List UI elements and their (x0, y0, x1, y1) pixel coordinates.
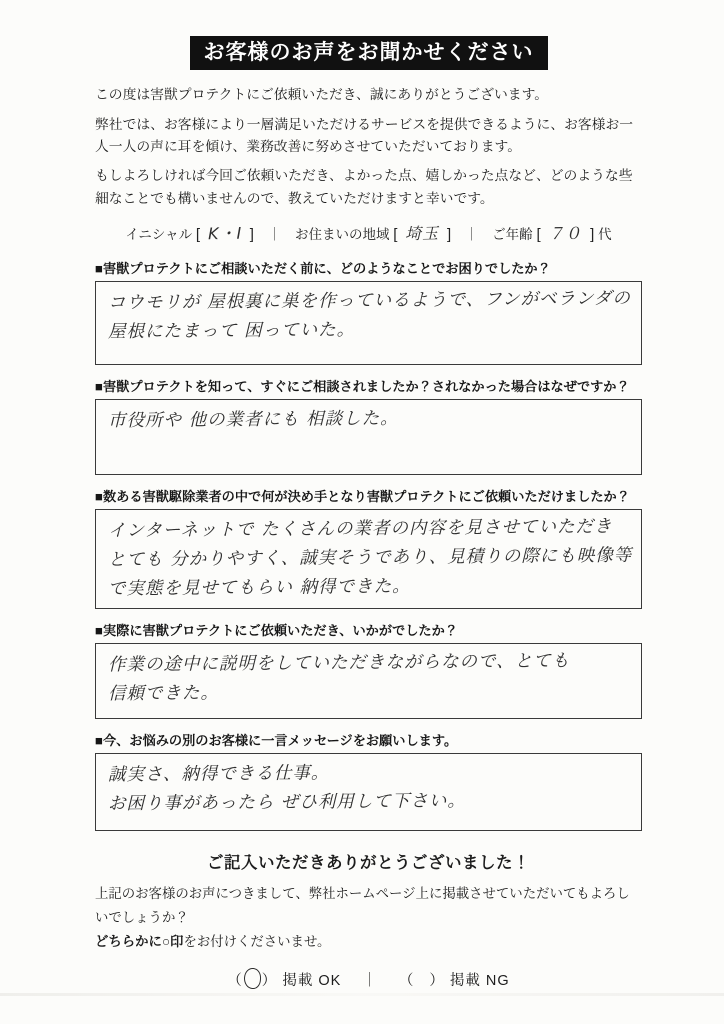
publish-divider: ｜ (362, 973, 378, 989)
answer-line: 信頼できた。 (108, 676, 631, 710)
permission-line-1: 上記のお客様のお声につきまして、弊社ホームページ上に掲載させていただいてもよろし… (95, 886, 630, 925)
bracket-close-3: ] (590, 226, 594, 243)
answer-line: で実態を見せてもらい 納得できた。 (108, 571, 631, 605)
permission-text: 上記のお客様のお声につきまして、弊社ホームページ上に掲載させていただいてもよろし… (95, 882, 642, 954)
ng-empty-mark (414, 970, 429, 989)
question-3-answer-box: インターネットで たくさんの業者の内容を見させていただき とても 分かりやすく、… (95, 509, 642, 609)
profile-divider-1: ｜ (268, 227, 282, 242)
thanks-message: ご記入いただきありがとうございました！ (95, 849, 642, 873)
profile-line: イニシャル [ K・I ] ｜ お住まいの地域 [ 埼玉 ] ｜ ご年齢 [ ７… (95, 221, 642, 244)
page-title: お客様のお声をお聞かせください (190, 36, 548, 70)
answer-line: 作業の途中に説明をしていただきながらなので、とても (108, 647, 631, 681)
intro-paragraph-3: もしよろしければ今回ご依頼いただき、よかった点、嬉しかった点など、どのような些細… (95, 165, 642, 210)
scan-artifact (0, 993, 724, 996)
initial-label: イニシャル (125, 227, 192, 242)
bracket-close: ] (250, 226, 254, 243)
question-3-label: ■数ある害獣駆除業者の中で何が決め手となり害獣プロテクトにご依頼いただけましたか… (95, 487, 642, 506)
permission-rest: をお付けくださいませ。 (183, 934, 330, 949)
question-4-label: ■実際に害獣プロテクトにご依頼いただき、いかがでしたか？ (95, 621, 642, 640)
answer-line: 屋根にたまって 困っていた。 (108, 314, 631, 348)
initial-value: K・I (204, 221, 247, 245)
publish-ok-label: 掲載 OK (282, 973, 341, 989)
ok-paren-open: （ (227, 973, 243, 989)
profile-divider-2: ｜ (465, 227, 479, 242)
intro-paragraph-1: この度は害獣プロテクトにご依頼いただき、誠にありがとうございます。 (95, 84, 642, 106)
intro-paragraph-2: 弊社では、お客様により一層満足いただけるサービスを提供できるように、お客様お一人… (95, 114, 642, 159)
question-2-answer-box: 市役所や 他の業者にも 相談した。 (95, 399, 642, 475)
publish-ng-label: 掲載 NG (450, 973, 510, 989)
ng-paren-open: （ (399, 973, 415, 989)
bracket-open-2: [ (393, 226, 397, 243)
question-5-answer-box: 誠実さ、納得できる仕事。 お困り事があったら ぜひ利用して下さい。 (95, 753, 642, 831)
handwritten-circle-mark (243, 967, 261, 989)
title-wrap: お客様のお声をお聞かせください (95, 36, 642, 70)
answer-line: インターネットで たくさんの業者の内容を見させていただき (108, 513, 631, 547)
age-value: ７０ (544, 221, 586, 245)
question-4-answer-box: 作業の途中に説明をしていただきながらなので、とても 信頼できた。 (95, 643, 642, 719)
answer-line: コウモリが 屋根裏に巣を作っているようで、フンがベランダの (108, 285, 631, 319)
publish-choice-line: （） 掲載 OK ｜ （） 掲載 NG (95, 968, 642, 990)
question-1-answer-box: コウモリが 屋根裏に巣を作っているようで、フンがベランダの 屋根にたまって 困っ… (95, 281, 642, 365)
age-suffix: 代 (598, 227, 612, 242)
answer-line: お困り事があったら ぜひ利用して下さい。 (108, 786, 631, 820)
age-label: ご年齢 (492, 227, 533, 242)
question-5-label: ■今、お悩みの別のお客様に一言メッセージをお願いします。 (95, 731, 642, 750)
bracket-close-2: ] (447, 226, 451, 243)
ng-paren-close: ） (429, 973, 445, 989)
bracket-open-3: [ (536, 226, 540, 243)
question-2-label: ■害獣プロテクトを知って、すぐにご相談されましたか？されなかった場合はなぜですか… (95, 377, 642, 396)
answer-line: 誠実さ、納得できる仕事。 (108, 757, 631, 791)
region-label: お住まいの地域 (295, 227, 390, 242)
region-value: 埼玉 (401, 221, 443, 245)
ok-paren-close: ） (262, 973, 278, 989)
permission-bold-part: どちらかに○印 (95, 934, 183, 949)
scanned-survey-page: お客様のお声をお聞かせください この度は害獣プロテクトにご依頼いただき、誠にあり… (0, 0, 724, 1024)
answer-line: 市役所や 他の業者にも 相談した。 (108, 403, 631, 437)
question-1-label: ■害獣プロテクトにご相談いただく前に、どのようなことでお困りでしたか？ (95, 259, 642, 278)
bracket-open: [ (196, 226, 200, 243)
answer-line: とても 分かりやすく、誠実そうであり、見積りの際にも映像等 (108, 542, 631, 576)
